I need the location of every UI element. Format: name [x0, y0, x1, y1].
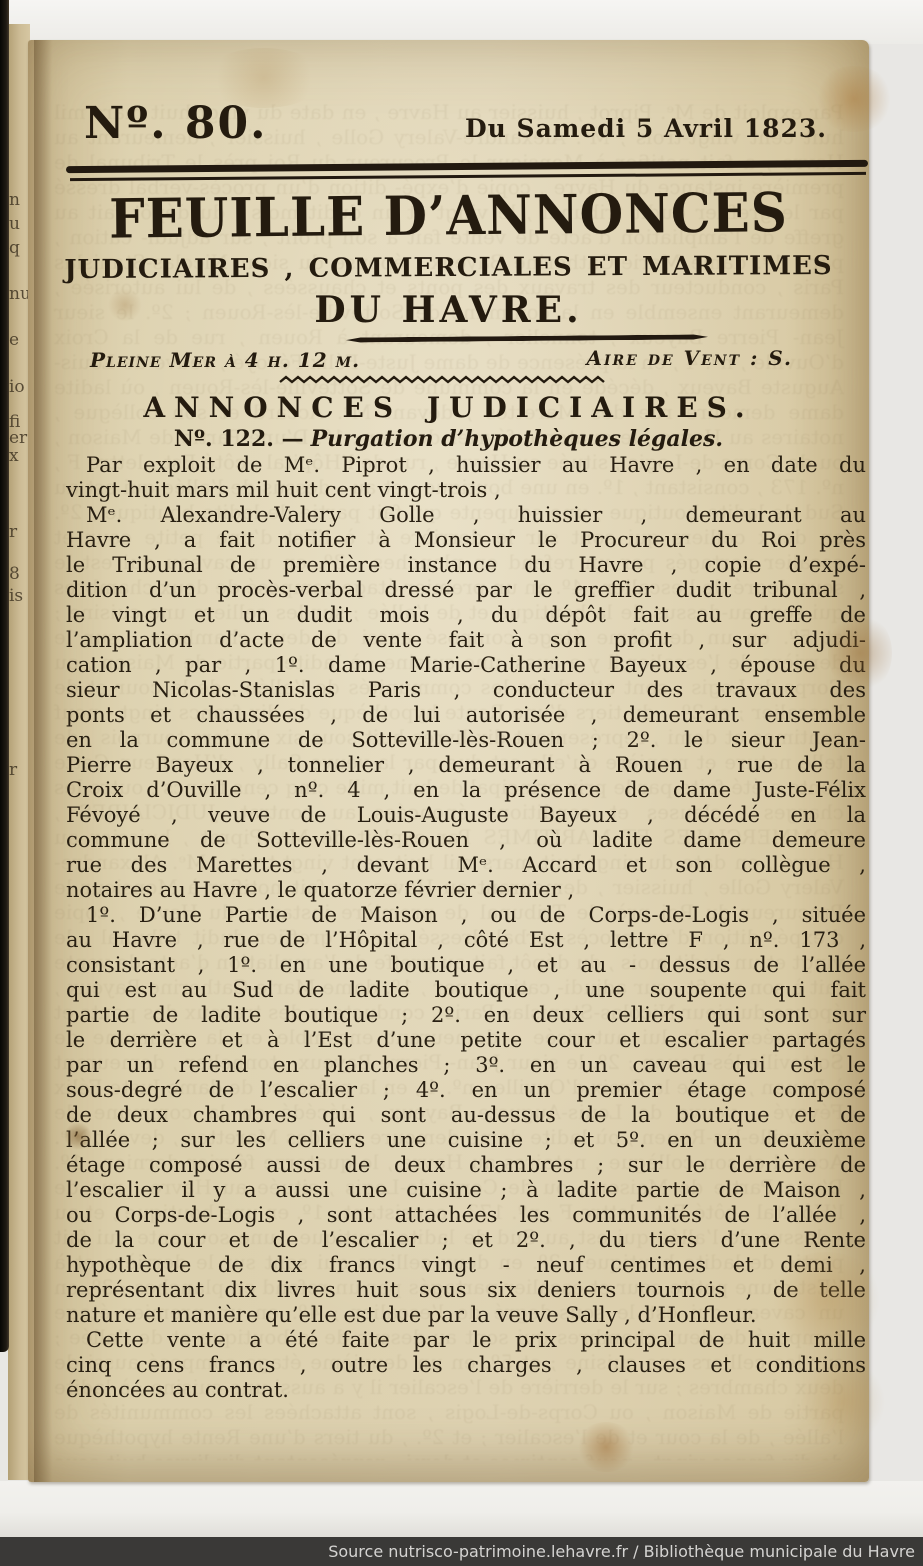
body-line: 1º. D’une Partie de Maison , ou de Corps…	[66, 903, 866, 928]
spine-fragment: r	[9, 522, 17, 542]
body-line: ou Corps-de-Logis , sont attachées les c…	[66, 1203, 866, 1228]
body-line: vingt-huit mars mil huit cent vingt-troi…	[66, 478, 866, 503]
notice-number: Nº. 122. —	[174, 426, 304, 452]
masthead-title: FEUILLE D’ANNONCES	[28, 180, 869, 252]
body-line: sieur Nicolas-Stanislas Paris , conducte…	[66, 678, 866, 703]
body-line: énoncées au contrat.	[66, 1378, 866, 1403]
footer-bar: Source nutrisco-patrimoine.lehavre.fr / …	[0, 1537, 923, 1566]
header-rule-thin	[70, 172, 866, 181]
body-line: au Havre , rue de l’Hôpital , côté Est ,…	[66, 928, 866, 953]
header-rule-thick	[66, 160, 868, 173]
masthead-subtitle: JUDICIAIRES , COMMERCIALES ET MARITIMES	[28, 251, 869, 285]
newspaper-page: Par exploit de Mᵉ. Piprot , huissier au …	[28, 40, 869, 1482]
body-line: le Tribunal de première instance du Havr…	[66, 553, 866, 578]
notice-heading: Nº. 122. — Purgation d’hypothèques légal…	[28, 426, 869, 452]
wind-direction: Aire de Vent : S.	[586, 346, 793, 370]
body-line: l’allée ; sur les celliers une cuisine ;…	[66, 1128, 866, 1153]
body-line: sous-degré de l’escalier ; 4º. en un pre…	[66, 1078, 866, 1103]
body-line: ponts et chaussées , de lui autorisée , …	[66, 703, 866, 728]
body-line: l’ampliation d’acte de vente fait à son …	[66, 628, 866, 653]
body-line: Févoyé , veuve de Louis-Auguste Bayeux ,…	[66, 803, 866, 828]
body-line: cation , par , 1º. dame Marie-Catherine …	[66, 653, 866, 678]
issue-date: Du Samedi 5 Avril 1823.	[465, 114, 827, 143]
wavy-rule	[278, 374, 608, 384]
body-line: Pierre Bayeux , tonnelier , demeurant à …	[66, 753, 866, 778]
spine-fragment: x	[9, 446, 19, 466]
masthead-place: DU HAVRE.	[28, 289, 869, 331]
spine-fragment: er	[9, 428, 27, 448]
spine-fragment: r	[9, 760, 17, 780]
paragraph: Par exploit de Mᵉ. Piprot , huissier au …	[66, 453, 866, 503]
body-line: partie de ladite boutique ; 2º. en deux …	[66, 1003, 866, 1028]
body-line: nature et manière qu’elle est due par la…	[66, 1303, 866, 1328]
spine-fragment: q	[9, 238, 20, 258]
spine-fragment: io	[9, 377, 25, 397]
underlying-page-bottom	[0, 1481, 923, 1538]
body-line: l’escalier il y a aussi une cuisine ; à …	[66, 1178, 866, 1203]
section-heading: ANNONCES JUDICIAIRES.	[28, 391, 869, 424]
binding-spine	[0, 0, 9, 1352]
body-line: représentant dix livres huit sous six de…	[66, 1278, 866, 1303]
body-line: Havre , a fait notifier à Monsieur le Pr…	[66, 528, 866, 553]
masthead-rule	[346, 334, 708, 342]
spine-fragment: u	[9, 214, 20, 234]
body-line: Mᵉ. Alexandre-Valery Golle , huissier , …	[66, 503, 866, 528]
body-line: de deux chambres qui sont au-dessus de l…	[66, 1103, 866, 1128]
article-body: Par exploit de Mᵉ. Piprot , huissier au …	[66, 453, 866, 1403]
body-line: hypothèque de dix francs vingt - neuf ce…	[66, 1253, 866, 1278]
stain	[576, 1422, 636, 1472]
body-line: par un refend en planches ; 3º. en un ca…	[66, 1053, 866, 1078]
body-line: Par exploit de Mᵉ. Piprot , huissier au …	[66, 453, 866, 478]
source-credit: Source nutrisco-patrimoine.lehavre.fr / …	[0, 1537, 923, 1566]
body-line: le vingt et un dudit mois , du dépôt fai…	[66, 603, 866, 628]
paragraph: 1º. D’une Partie de Maison , ou de Corps…	[66, 903, 866, 1328]
body-line: Cette vente a été faite par le prix prin…	[66, 1328, 866, 1353]
paragraph: Cette vente a été faite par le prix prin…	[66, 1328, 866, 1403]
spine-fragment: is	[9, 586, 23, 606]
body-line: étage composé aussi de deux chambres ; s…	[66, 1153, 866, 1178]
body-line: dition d’un procès-verbal dressé par le …	[66, 578, 866, 603]
paragraph: Mᵉ. Alexandre-Valery Golle , huissier , …	[66, 503, 866, 903]
body-line: consistant , 1º. en une boutique , et au…	[66, 953, 866, 978]
spine-fragment: 8	[9, 564, 20, 584]
body-line: commune de Sotteville-lès-Rouen , où lad…	[66, 828, 866, 853]
scan-background-top	[0, 0, 923, 44]
issue-number: Nº. 80.	[84, 98, 267, 149]
body-line: notaires au Havre , le quatorze février …	[66, 878, 866, 903]
body-line: en la commune de Sotteville-lès-Rouen ; …	[66, 728, 866, 753]
spine-fragment: n	[9, 190, 20, 210]
body-line: le derrière et à l’Est d’une petite cour…	[66, 1028, 866, 1053]
tide-time: Pleine Mer à 4 h. 12 m.	[90, 348, 360, 372]
spine-fragment: e	[9, 330, 19, 350]
body-line: de la cour et de l’escalier ; et 2º. , d…	[66, 1228, 866, 1253]
body-line: rue des Marettes , devant Mᵉ. Accard et …	[66, 853, 866, 878]
body-line: Croix d’Ouville , nº. 4 , en la présence…	[66, 778, 866, 803]
body-line: qui est au Sud de ladite boutique , une …	[66, 978, 866, 1003]
notice-title: Purgation d’hypothèques légales.	[311, 426, 723, 452]
body-line: cinq cens francs , outre les charges , c…	[66, 1353, 866, 1378]
